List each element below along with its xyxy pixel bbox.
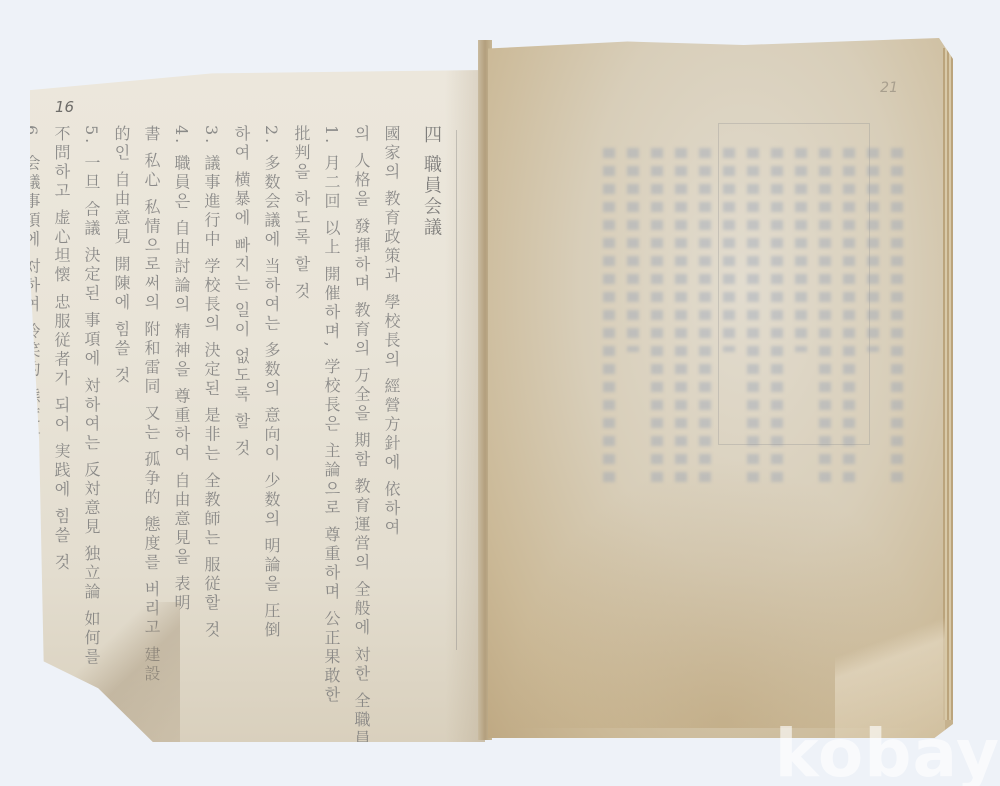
bleed-through-frame	[718, 123, 870, 445]
bleed-column	[891, 148, 903, 488]
text-column: 批判을 하도록 할 것	[287, 125, 315, 725]
text-column: 綱紀 肅正上 容認치 않을 것	[0, 125, 15, 725]
corner-fold	[835, 558, 945, 738]
text-column-item-1: 1. 月二回 以上 開催하며, 学校長은 主論으로 尊重하며 公正果敢한	[317, 125, 345, 725]
page-number-left: 16	[55, 98, 74, 116]
bleed-column	[675, 148, 687, 488]
watermark-logo: kobay	[775, 715, 1000, 786]
section-heading: 四 職員会議	[417, 125, 445, 725]
left-page: 16 四 職員会議 國家의 教育政策과 學校長의 經營方針에 依하여 의 人格을…	[30, 70, 485, 742]
bleed-column	[627, 148, 639, 352]
text-column-item-4: 4. 職員은 自由討論의 精神을 尊重하여 自由意見을 表明	[167, 125, 195, 725]
text-column-item-5: 5. 一旦 合議 決定된 事項에 対하여는 反対意見 独立論 如何를	[77, 125, 105, 725]
bleed-column	[699, 148, 711, 488]
text-column-item-3: 3. 議事進行中 学校長의 決定된 是非는 全教師는 服従할 것	[197, 125, 225, 725]
handwritten-text-columns: 四 職員会議 國家의 教育政策과 學校長의 經營方針에 依하여 의 人格을 發揮…	[0, 125, 445, 725]
text-column: 不問하고 虚心坦懐 忠服従者가 되어 実践에 힘쓸 것	[47, 125, 75, 725]
right-page: 21	[488, 38, 953, 738]
text-column: 的인 自由意見 開陳에 힘쓸 것	[107, 125, 135, 725]
text-column: 하여 横暴에 빠지는 일이 없도록 할 것	[227, 125, 255, 725]
bleed-column	[603, 148, 615, 488]
page-number-right: 21	[880, 80, 898, 96]
text-column: 國家의 教育政策과 學校長의 經營方針에 依하여	[377, 125, 405, 725]
text-column: 의 人格을 發揮하며 教育의 万全을 期함 教育運営의 全般에 対한 全職員	[347, 125, 375, 725]
text-column-item-6: 6. 会議事項에 対하여 冷笑的 態度와 消極的 態度를 取하는 (自制는) 校…	[17, 125, 45, 725]
bleed-column	[651, 148, 663, 488]
text-column: 書 私心 私情으로써의 附和雷同 又는 孤争的 態度를 버리고 建設	[137, 125, 165, 725]
text-column-item-2: 2. 多数会議에 当하여는 多数의 意向이 少数의 明論을 圧倒	[257, 125, 285, 725]
document-photo: 16 四 職員会議 國家의 教育政策과 學校長의 經營方針에 依하여 의 人格을…	[0, 0, 1000, 786]
margin-rule	[456, 130, 457, 650]
